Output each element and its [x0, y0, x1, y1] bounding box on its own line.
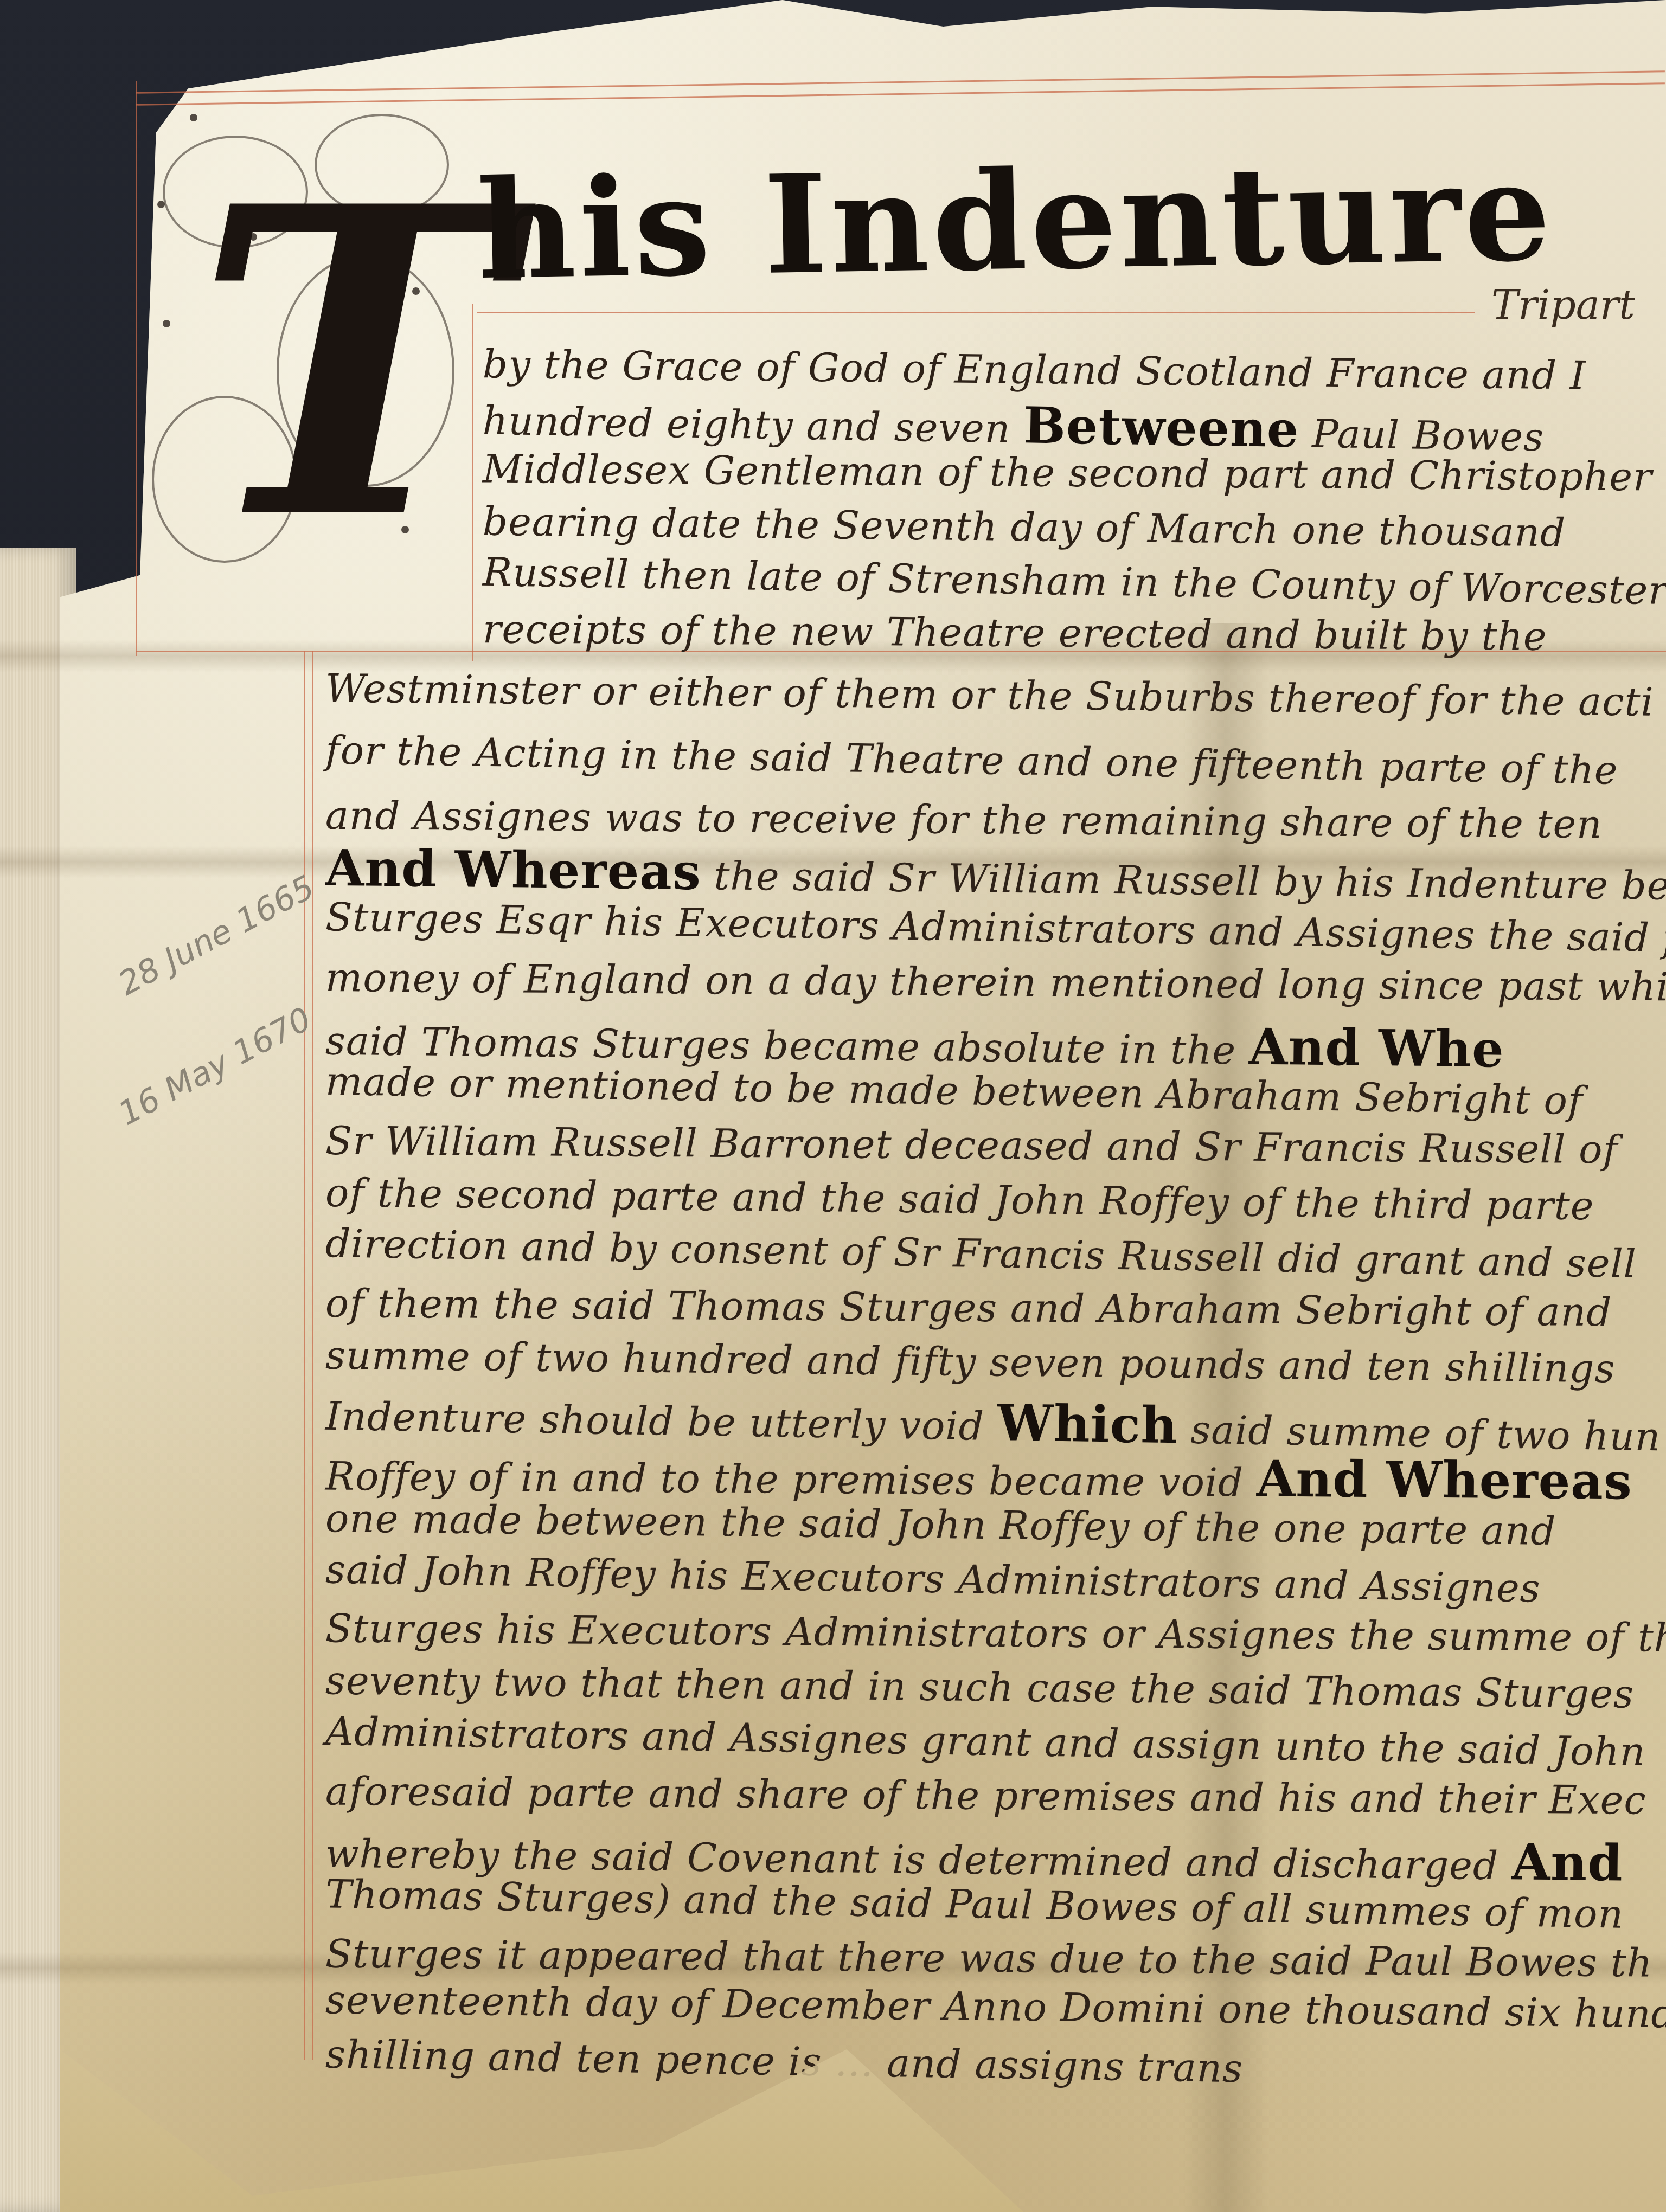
- emphasized-phrase: Betweene: [1023, 396, 1299, 459]
- emphasized-phrase: And Whereas: [1257, 1450, 1633, 1511]
- initial-letter: T: [195, 152, 510, 575]
- line-text: receipts of the new Theatre erected and …: [483, 606, 1547, 659]
- line-text: Middlesex Gentleman of the second part a…: [483, 446, 1652, 499]
- red-margin-rule: [312, 651, 313, 2060]
- line-text: aforesaid parte and share of the premise…: [325, 1768, 1646, 1823]
- line-text: hundred eighty and seven: [482, 398, 1023, 452]
- line-text-continued: the said Sr William Russell by his Inden…: [701, 853, 1666, 909]
- title-suffix: Tripart: [1491, 282, 1635, 329]
- handwritten-line: Middlesex Gentleman of the second part a…: [483, 446, 1652, 499]
- emphasized-phrase: And Whereas: [325, 839, 702, 901]
- line-text: Indenture should be utterly void: [325, 1393, 997, 1449]
- handwritten-line: and Assignes was to receive for the rema…: [325, 793, 1603, 847]
- line-text: Sturges his Executors Administrators or …: [325, 1605, 1666, 1660]
- ornament-dot: [157, 201, 165, 208]
- handwritten-line: Sr William Russell Barronet deceased and…: [325, 1118, 1618, 1173]
- red-margin-rule: [136, 81, 137, 656]
- line-text: Sr William Russell Barronet deceased and…: [325, 1118, 1618, 1173]
- document-title: his Indenture: [476, 132, 1555, 310]
- handwritten-line: Sturges his Executors Administrators or …: [325, 1605, 1666, 1660]
- decorated-initial: T: [141, 92, 477, 607]
- red-title-underline: [477, 312, 1475, 313]
- emphasized-phrase: And Whe: [1249, 1017, 1504, 1078]
- handwritten-line: Sturges it appeared that there was due t…: [325, 1931, 1653, 1985]
- emphasized-phrase: Which: [997, 1393, 1178, 1455]
- ornament-dot: [163, 320, 170, 327]
- handwritten-line: aforesaid parte and share of the premise…: [325, 1768, 1646, 1823]
- line-text: and Assignes was to receive for the rema…: [325, 793, 1603, 847]
- emphasized-phrase: And: [1511, 1832, 1623, 1892]
- red-margin-rule: [304, 651, 305, 2060]
- handwritten-line: receipts of the new Theatre erected and …: [483, 606, 1547, 659]
- line-text: Sturges it appeared that there was due t…: [325, 1931, 1653, 1985]
- line-text: of them the said Thomas Sturges and Abra…: [325, 1281, 1612, 1335]
- handwritten-line: of them the said Thomas Sturges and Abra…: [325, 1281, 1612, 1335]
